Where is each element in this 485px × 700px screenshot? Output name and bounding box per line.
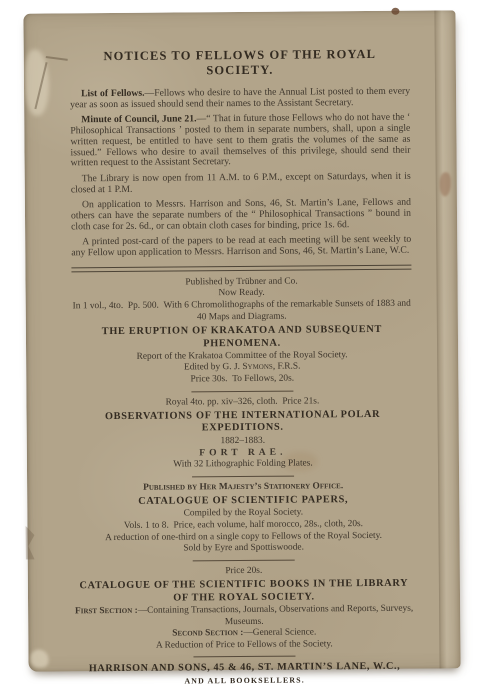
first-section-line: First Section :—Containing Transactions,… — [74, 604, 414, 630]
advertisements: Published by Trübner and Co. Now Ready. … — [72, 276, 415, 688]
notice-paragraph-list-of-fellows: List of Fellows.—Fellows who desire to h… — [70, 87, 410, 111]
section-divider — [193, 559, 295, 561]
editor-name: Symons — [242, 362, 273, 372]
pamphlet-paper: NOTICES TO FELLOWS OF THE ROYAL SOCIETY.… — [23, 10, 460, 671]
krakatoa-edition-line: In 1 vol., 4to. Pp. 500. With 6 Chromoli… — [72, 299, 412, 325]
section-divider — [191, 390, 293, 392]
first-section-lead: First Section : — [75, 606, 138, 616]
notices-title: NOTICES TO FELLOWS OF THE ROYAL SOCIETY. — [70, 47, 410, 80]
paragraph-body: The Library is now open from 11 A.M. to … — [71, 171, 411, 195]
books-price-line: Price 20s. — [74, 564, 414, 578]
double-rule — [71, 265, 411, 273]
imprint-publisher-line: HARRISON AND SONS, 45 & 46, ST. MARTIN’S… — [75, 661, 415, 676]
notice-paragraph-postcard: A printed post-card of the papers to be … — [71, 235, 411, 259]
second-section-body: —General Science. — [243, 628, 316, 639]
hmso-publisher-line: Published by Her Majesty’s Stationery Of… — [73, 480, 413, 494]
second-section-lead: Second Section : — [172, 628, 243, 639]
first-section-body: —Containing Transactions, Journals, Obse… — [138, 604, 414, 627]
books-reduction-line: A Reduction of Price to Fellows of the S… — [74, 638, 414, 652]
section-divider — [193, 656, 295, 658]
photo-background: NOTICES TO FELLOWS OF THE ROYAL SOCIETY.… — [0, 0, 485, 700]
editor-suffix: , F.R.S. — [273, 362, 301, 372]
notice-paragraph-binding: On application to Messrs. Harrison and S… — [71, 198, 411, 233]
krakatoa-price-line: Price 30s. To Fellows, 20s. — [72, 373, 412, 387]
editor-prefix: Edited by G. J. — [184, 362, 242, 372]
paragraph-body: On application to Messrs. Harrison and S… — [71, 197, 411, 232]
paragraph-body: A printed post-card of the papers to be … — [71, 234, 411, 258]
printed-content: NOTICES TO FELLOWS OF THE ROYAL SOCIETY.… — [23, 10, 460, 671]
notice-paragraph-library-hours: The Library is now open from 11 A.M. to … — [71, 172, 411, 196]
krakatoa-title: THE ERUPTION OF KRAKATOA AND SUBSEQUENT … — [72, 324, 412, 351]
polar-format-line: Royal 4to. pp. xiv–326, cloth. Price 21s… — [72, 395, 412, 409]
section-divider — [192, 475, 294, 477]
polar-title: OBSERVATIONS OF THE INTERNATIONAL POLAR … — [73, 409, 413, 436]
seller-line: Sold by Eyre and Spottiswoode. — [74, 542, 414, 556]
catalogue-books-title: CATALOGUE OF THE SCIENTIFIC BOOKS IN THE… — [74, 578, 414, 605]
notice-paragraph-minute-of-council: Minute of Council, June 21.—“ That in fu… — [70, 113, 410, 169]
polar-plates-line: With 32 Lithographic Folding Plates. — [73, 458, 413, 472]
